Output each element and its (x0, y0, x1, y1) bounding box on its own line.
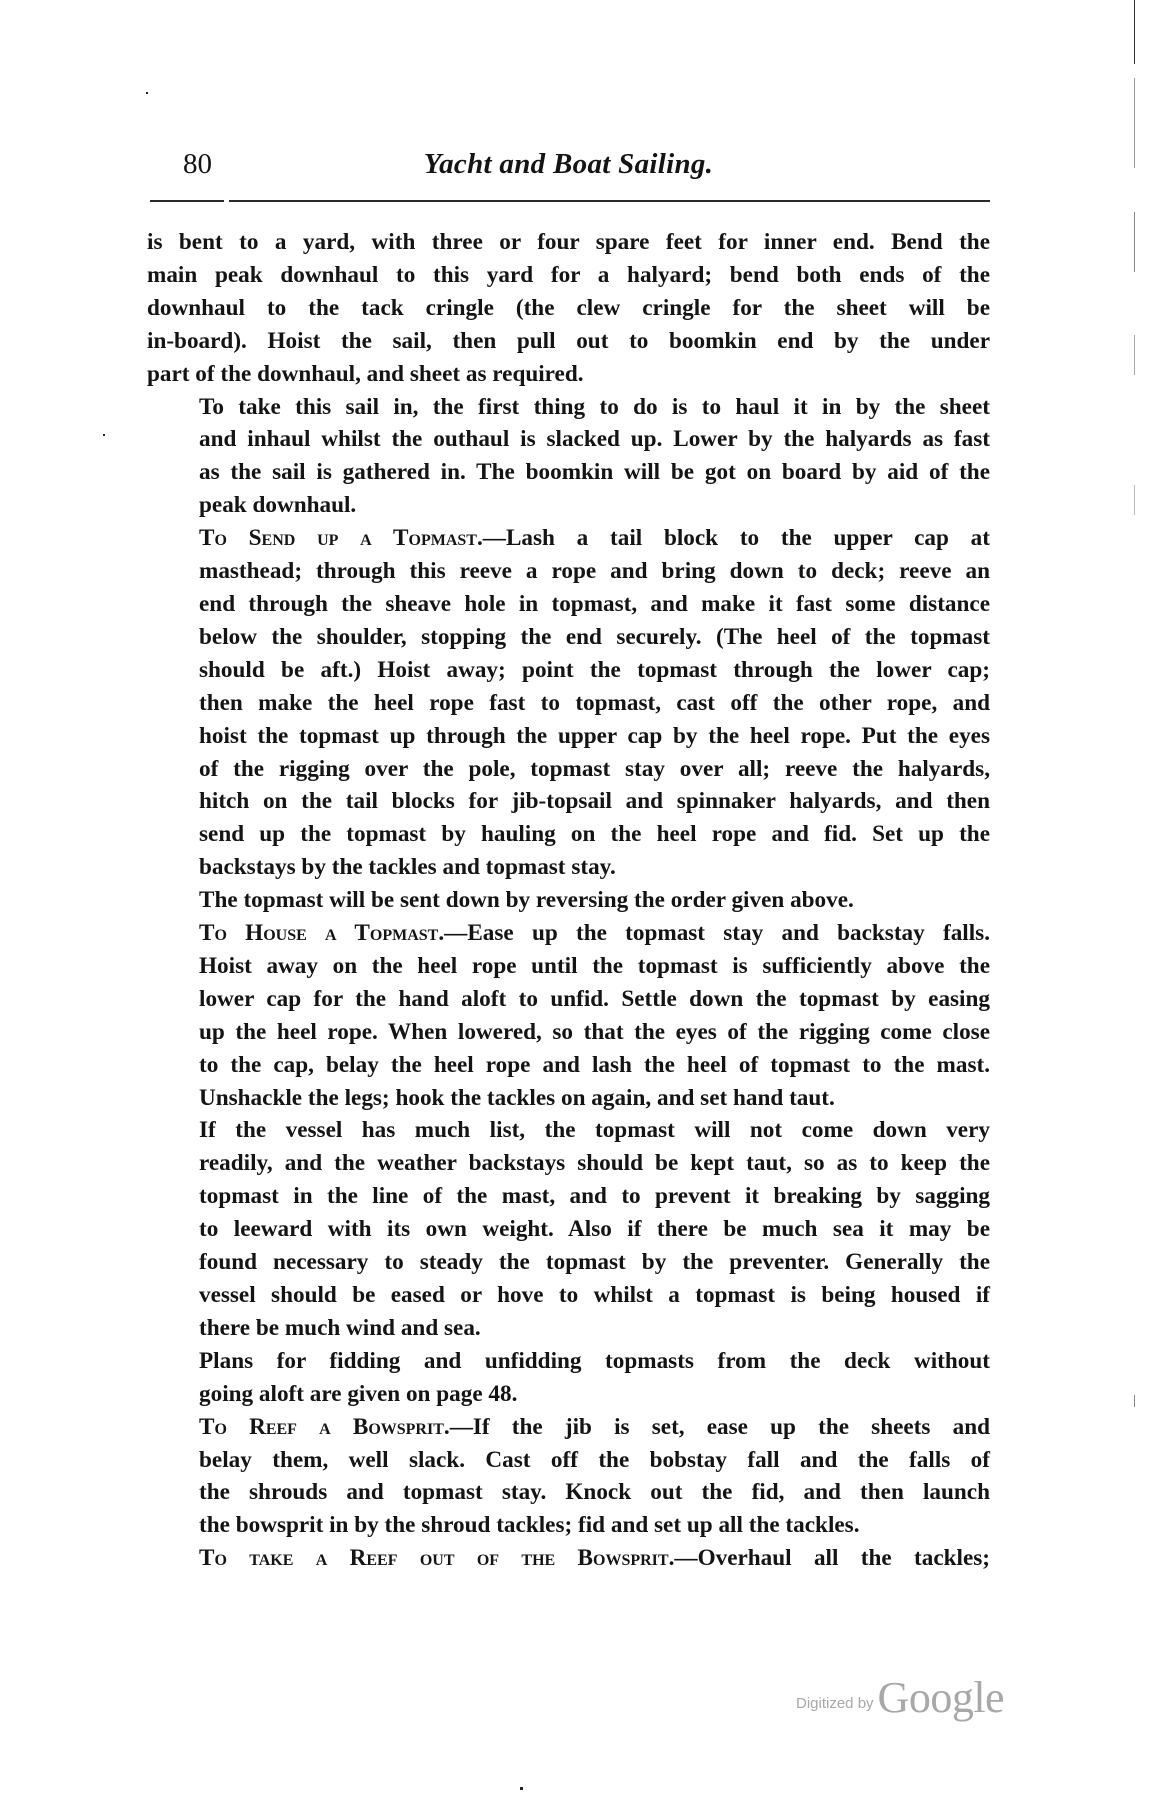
scan-edge-line (1134, 78, 1135, 168)
text-line: hitch on the tail blocks for jib-topsail… (147, 785, 990, 818)
text-line: lower cap for the hand aloft to unfid. S… (147, 983, 990, 1016)
text-line: hoist the topmast up through the upper c… (147, 720, 990, 753)
paragraph: To take a Reef out of the Bowsprit.—Over… (147, 1542, 990, 1575)
paragraph: To Send up a Topmast.—Lash a tail block … (147, 522, 990, 884)
text-line: vessel should be eased or hove to whilst… (147, 1279, 990, 1312)
paragraph: Plans for fidding and unfidding topmasts… (147, 1345, 990, 1411)
text-line: To Send up a Topmast.—Lash a tail block … (147, 522, 990, 555)
text-line: readily, and the weather backstays shoul… (147, 1147, 990, 1180)
text-line: To take a Reef out of the Bowsprit.—Over… (147, 1542, 990, 1575)
text-line: part of the downhaul, and sheet as requi… (147, 358, 990, 391)
paragraph: To House a Topmast.—Ease up the topmast … (147, 917, 990, 1114)
text-line: should be aft.) Hoist away; point the to… (147, 654, 990, 687)
body-text: is bent to a yard, with three or four sp… (147, 226, 990, 1575)
text-line: masthead; through this reeve a rope and … (147, 555, 990, 588)
text-line: The topmast will be sent down by reversi… (147, 884, 990, 917)
text-line: main peak downhaul to this yard for a ha… (147, 259, 990, 292)
text-line: Plans for fidding and unfidding topmasts… (147, 1345, 990, 1378)
text-line: downhaul to the tack cringle (the clew c… (147, 292, 990, 325)
section-heading: To Send up a Topmast. (199, 525, 483, 551)
text-line: is bent to a yard, with three or four sp… (147, 226, 990, 259)
text-line: Unshackle the legs; hook the tackles on … (147, 1082, 990, 1115)
text-line: found necessary to steady the topmast by… (147, 1246, 990, 1279)
text-line: backstays by the tackles and topmast sta… (147, 851, 990, 884)
scan-edge-line (1134, 335, 1135, 375)
paragraph: To take this sail in, the first thing to… (147, 391, 990, 523)
paragraph: To Reef a Bowsprit.—If the jib is set, e… (147, 1411, 990, 1543)
text-line: as the sail is gathered in. The boomkin … (147, 456, 990, 489)
text-line: If the vessel has much list, the topmast… (147, 1114, 990, 1147)
text-line: in-board). Hoist the sail, then pull out… (147, 325, 990, 358)
paragraph: The topmast will be sent down by reversi… (147, 884, 990, 917)
text-line: the bowsprit in by the shroud tackles; f… (147, 1509, 990, 1542)
running-head: 80 Yacht and Boat Sailing. (147, 148, 990, 188)
scan-edge-line (1134, 212, 1135, 272)
text-line: peak downhaul. (147, 489, 990, 522)
scan-speck (103, 434, 105, 436)
text-line: send up the topmast by hauling on the he… (147, 818, 990, 851)
text-line: the shrouds and topmast stay. Knock out … (147, 1476, 990, 1509)
text-line: Hoist away on the heel rope until the to… (147, 950, 990, 983)
text-line: of the rigging over the pole, topmast st… (147, 753, 990, 786)
text-line: to leeward with its own weight. Also if … (147, 1213, 990, 1246)
watermark-prefix: Digitized by (796, 1695, 874, 1712)
text-line: topmast in the line of the mast, and to … (147, 1180, 990, 1213)
section-heading: To Reef a Bowsprit. (199, 1414, 450, 1440)
text-line: to the cap, belay the heel rope and lash… (147, 1049, 990, 1082)
scan-speck (146, 92, 148, 94)
paragraph: If the vessel has much list, the topmast… (147, 1114, 990, 1344)
paragraph: is bent to a yard, with three or four sp… (147, 226, 990, 391)
text-line: To House a Topmast.—Ease up the topmast … (147, 917, 990, 950)
scan-edge-line (1134, 485, 1135, 515)
google-logo-text: Google (878, 1673, 1005, 1722)
text-line: up the heel rope. When lowered, so that … (147, 1016, 990, 1049)
running-title: Yacht and Boat Sailing. (147, 148, 990, 181)
text-line: going aloft are given on page 48. (147, 1378, 990, 1411)
section-heading: To House a Topmast. (199, 920, 444, 946)
digitized-by-google-watermark: Digitized by Google (796, 1672, 1004, 1723)
text-line: To Reef a Bowsprit.—If the jib is set, e… (147, 1411, 990, 1444)
section-heading: To take a Reef out of the Bowsprit. (199, 1545, 674, 1571)
scan-edge-line (1134, 1395, 1135, 1407)
text-line: below the shoulder, stopping the end sec… (147, 621, 990, 654)
text-line: end through the sheave hole in topmast, … (147, 588, 990, 621)
text-line: there be much wind and sea. (147, 1312, 990, 1345)
text-line: then make the heel rope fast to topmast,… (147, 687, 990, 720)
text-line: belay them, well slack. Cast off the bob… (147, 1444, 990, 1477)
scan-speck (520, 1787, 523, 1790)
book-page: 80 Yacht and Boat Sailing. is bent to a … (0, 0, 1153, 1800)
scan-edge-line (1134, 0, 1135, 64)
text-line: To take this sail in, the first thing to… (147, 391, 990, 424)
text-line: and inhaul whilst the outhaul is slacked… (147, 423, 990, 456)
header-rule (150, 200, 990, 202)
